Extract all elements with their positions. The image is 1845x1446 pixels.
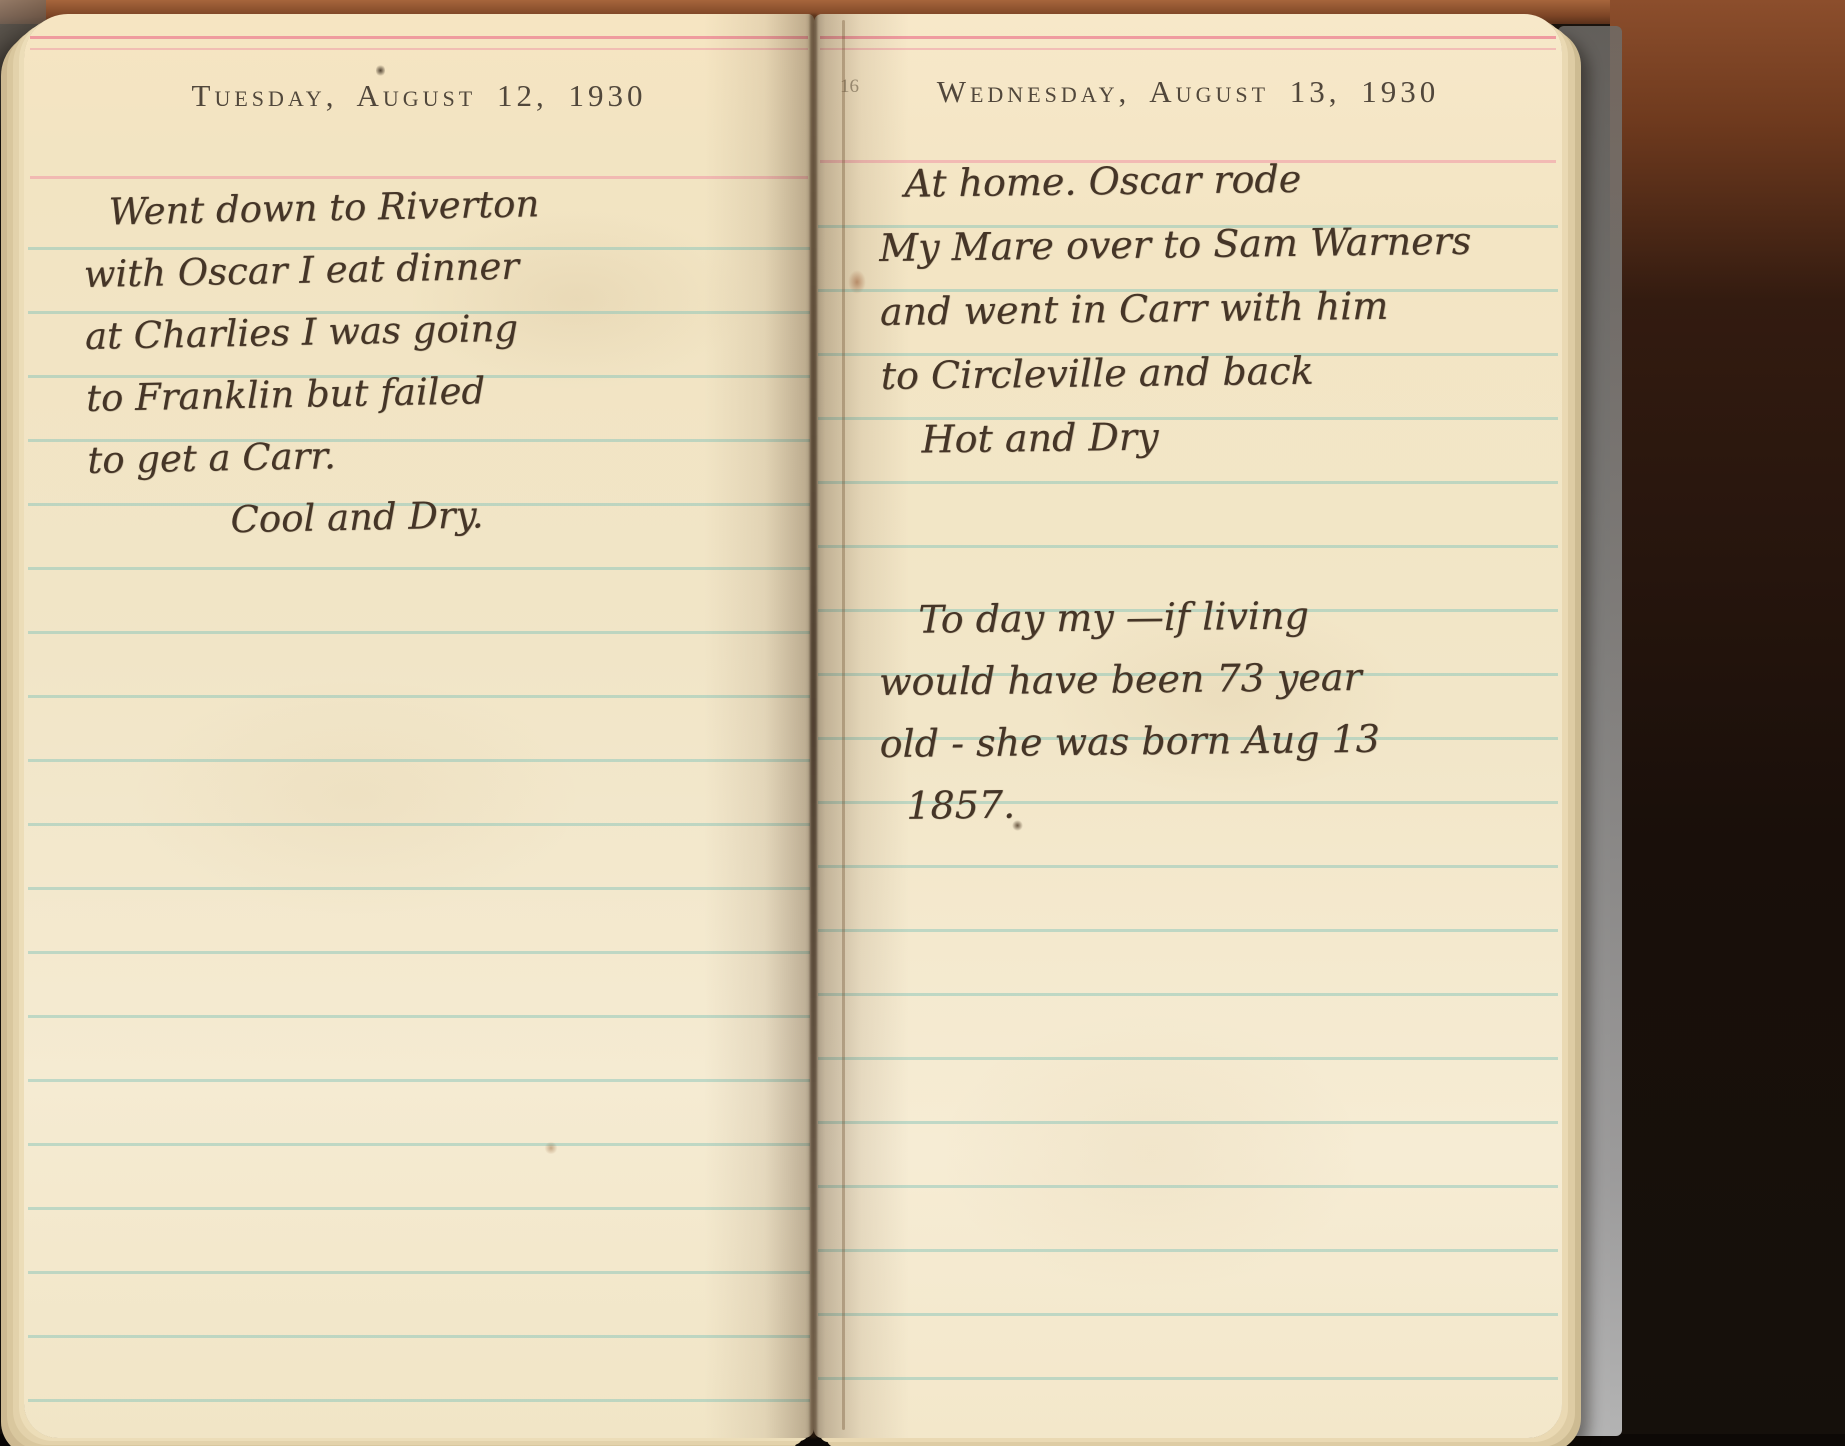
diary-page-right: 16 Wednesday, August 13, 1930 At home. O… bbox=[814, 14, 1562, 1438]
book-cover-right-edge bbox=[1610, 0, 1845, 1446]
open-diary: Tuesday, August 12, 1930 Went down to Ri… bbox=[24, 14, 1562, 1438]
page-fore-edge-stack bbox=[1558, 26, 1622, 1436]
handwritten-line: Went down to Riverton bbox=[82, 173, 540, 244]
diary-entry-left: Went down to Riverton with Oscar I eat d… bbox=[82, 173, 546, 554]
handwritten-line: to Circleville and back bbox=[880, 337, 1473, 408]
diary-photo: Tuesday, August 12, 1930 Went down to Ri… bbox=[0, 0, 1845, 1446]
handwritten-line: old - she was born Aug 13 bbox=[879, 708, 1380, 775]
handwritten-line: at Charlies I was going bbox=[84, 297, 542, 368]
handwritten-line: to get a Carr. bbox=[87, 421, 545, 492]
pink-rule-top bbox=[820, 36, 1556, 39]
pink-rule-top bbox=[30, 36, 808, 39]
diary-entry-right-paragraph-1: At home. Oscar rode My Mare over to Sam … bbox=[878, 145, 1474, 472]
diary-page-left: Tuesday, August 12, 1930 Went down to Ri… bbox=[24, 14, 814, 1438]
ink-speck bbox=[376, 64, 385, 77]
handwritten-line: At home. Oscar rode bbox=[878, 145, 1471, 216]
handwritten-line: My Mare over to Sam Warners bbox=[879, 209, 1472, 280]
handwritten-line: with Oscar I eat dinner bbox=[83, 235, 541, 306]
book-spine-crease bbox=[810, 14, 817, 1438]
page-header-date-right: Wednesday, August 13, 1930 bbox=[814, 74, 1562, 110]
handwritten-line: Cool and Dry. bbox=[88, 483, 546, 554]
pink-rule-top-second bbox=[820, 48, 1556, 50]
handwritten-line: would have been 73 year bbox=[879, 646, 1380, 713]
handwritten-line: Hot and Dry bbox=[881, 401, 1474, 472]
pink-rule-top-second bbox=[30, 48, 808, 50]
page-header-date-left: Tuesday, August 12, 1930 bbox=[24, 78, 814, 114]
handwritten-line: and went in Carr with him bbox=[880, 273, 1473, 344]
handwritten-line: To day my —if living bbox=[878, 584, 1379, 651]
diary-entry-right-paragraph-2: To day my —if living would have been 73 … bbox=[878, 584, 1381, 837]
gutter-shadow bbox=[704, 14, 814, 1438]
gutter-shadow bbox=[814, 14, 909, 1438]
handwritten-line: to Franklin but failed bbox=[86, 359, 544, 430]
handwritten-line: 1857. bbox=[880, 770, 1381, 837]
